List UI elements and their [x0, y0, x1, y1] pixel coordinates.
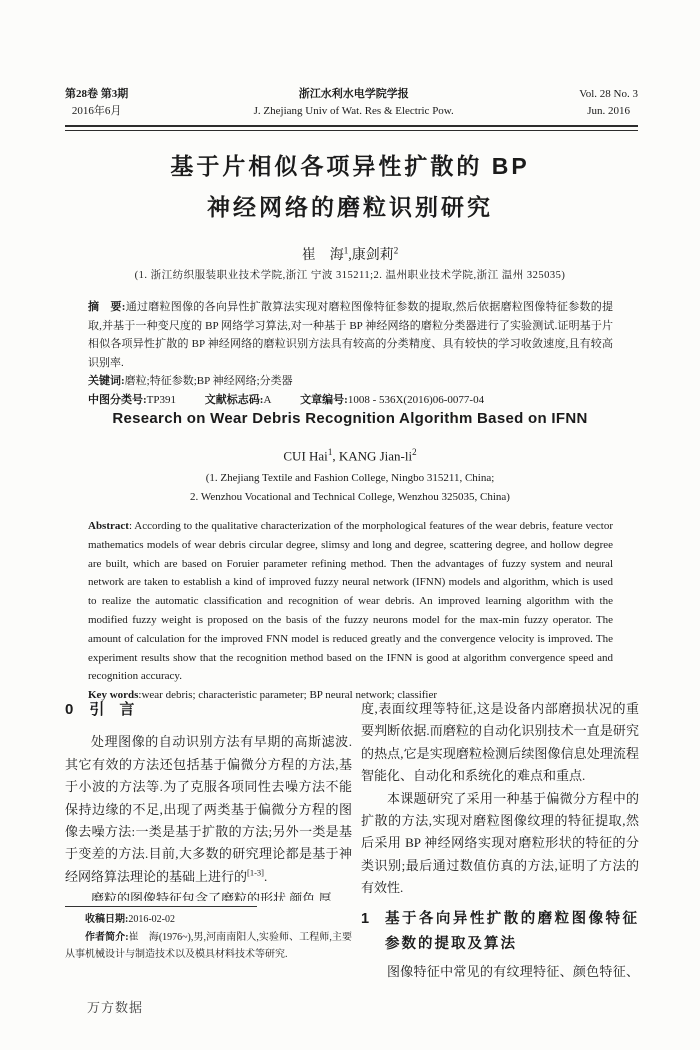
section-0-title: 引 言	[89, 701, 134, 718]
p1-text: 处理图像的自动识别方法有早期的高斯滤波.其它有效的方法还包括基于偏微分方程的方法…	[65, 734, 352, 883]
footnote-divider	[65, 906, 257, 907]
authors-en: CUI Hai1, KANG Jian-li2	[0, 447, 700, 464]
author2-zh: 康剑莉	[352, 248, 394, 263]
body-paragraph-3: 本课题研究了采用一种基于偏微分方程中的扩散的方法,实现对磨粒图像纹理的特征提取,…	[361, 788, 639, 900]
abstract-zh-text: 通过磨粒图像的各向异性扩散算法实现对磨粒图像特征参数的提取,然后依据磨粒图像特征…	[88, 301, 613, 369]
article-id-value: 1008 - 536X(2016)06-0077-04	[348, 394, 484, 406]
abstract-en-colon: :	[129, 520, 132, 532]
affiliation-en-line2: 2. Wenzhou Vocational and Technical Coll…	[0, 488, 700, 507]
volume-issue-en: Vol. 28 No. 3	[579, 86, 638, 103]
body-paragraph-4: 图像特征中常见的有纹理特征、颜色特征、空	[361, 961, 639, 983]
section-0-number: 0	[65, 701, 73, 718]
footnote-block: 收稿日期:2016-02-02 作者简介:崔 海(1976~),男,河南南阳人,…	[65, 911, 352, 964]
body-column-left: 0引 言 处理图像的自动识别方法有早期的高斯滤波.其它有效的方法还包括基于偏微分…	[65, 699, 352, 901]
p1-end: .	[264, 869, 267, 884]
title-zh-line1: 基于片相似各项异性扩散的 BP	[0, 146, 700, 187]
volume-issue-zh: 第28卷 第3期	[65, 86, 128, 103]
header-center: 浙江水利水电学院学报 J. Zhejiang Univ of Wat. Res …	[254, 86, 454, 120]
keywords-zh: 关键词:磨粒;特征参数;BP 神经网络;分类器	[88, 372, 613, 391]
author2-en: KANG Jian-li	[339, 448, 412, 463]
author-bio-label: 作者简介:	[85, 932, 129, 943]
abstract-en-text: According to the qualitative characteriz…	[88, 520, 613, 682]
body-paragraph-1: 处理图像的自动识别方法有早期的高斯滤波.其它有效的方法还包括基于偏微分方程的方法…	[65, 731, 352, 888]
journal-header: 第28卷 第3期 2016年6月 浙江水利水电学院学报 J. Zhejiang …	[65, 86, 638, 120]
abstract-en-block: Abstract: According to the qualitative c…	[88, 517, 613, 705]
header-left: 第28卷 第3期 2016年6月	[65, 86, 128, 120]
affiliation-en: (1. Zhejiang Textile and Fashion College…	[0, 469, 700, 507]
citation-ref: [1-3]	[247, 868, 264, 878]
clc-group: 中图分类号:TP391	[88, 394, 176, 406]
doc-code-value: A	[263, 394, 271, 406]
abstract-en: Abstract: According to the qualitative c…	[88, 517, 613, 686]
received-date-label: 收稿日期:	[85, 914, 128, 925]
affiliation-zh: (1. 浙江纺织服装职业技术学院,浙江 宁波 315211;2. 温州职业技术学…	[0, 267, 700, 282]
header-divider	[65, 125, 638, 131]
title-zh-line2: 神经网络的磨粒识别研究	[0, 187, 700, 228]
clc-label: 中图分类号:	[88, 394, 147, 406]
received-date-value: 2016-02-02	[128, 914, 175, 925]
authors-zh: 崔 海1,康剑莉2	[0, 244, 700, 264]
body-paragraph-2: 磨粒的图像特征包含了磨粒的形状,颜色,厚	[65, 888, 352, 901]
author1-zh: 崔 海	[302, 248, 344, 263]
paper-page: 第28卷 第3期 2016年6月 浙江水利水电学院学报 J. Zhejiang …	[0, 0, 700, 1050]
section-1-title: 基于各向异性扩散的磨粒图像特征参数的提取及算法	[385, 907, 639, 957]
keywords-zh-label: 关键词:	[88, 375, 125, 387]
abstract-zh-label: 摘 要:	[88, 301, 125, 313]
author1-en: CUI Hai	[283, 448, 327, 463]
author2-en-sup: 2	[412, 447, 417, 457]
body-column-right: 度,表面纹理等特征,这是设备内部磨损状况的重要判断依据.而磨粒的自动化识别技术一…	[361, 698, 639, 983]
article-title-zh: 基于片相似各项异性扩散的 BP 神经网络的磨粒识别研究	[0, 146, 700, 228]
date-zh: 2016年6月	[65, 103, 128, 120]
received-date-line: 收稿日期:2016-02-02	[65, 911, 352, 929]
article-id-group: 文章编号:1008 - 536X(2016)06-0077-04	[300, 394, 484, 406]
abstract-zh-block: 摘 要:通过磨粒图像的各向异性扩散算法实现对磨粒图像特征参数的提取,然后依据磨粒…	[88, 298, 613, 410]
journal-name-en: J. Zhejiang Univ of Wat. Res & Electric …	[254, 103, 454, 120]
header-right: Vol. 28 No. 3 Jun. 2016	[579, 86, 638, 120]
author-bio-line: 作者简介:崔 海(1976~),男,河南南阳人,实验师、工程师,主要从事机械设计…	[65, 929, 352, 964]
section-1-number: 1	[361, 907, 385, 957]
section-1-heading: 1 基于各向异性扩散的磨粒图像特征参数的提取及算法	[361, 907, 639, 957]
date-en: Jun. 2016	[579, 103, 638, 120]
clc-value: TP391	[147, 394, 176, 406]
wanfang-watermark: 万方数据	[87, 997, 143, 1016]
abstract-en-label: Abstract	[88, 520, 129, 532]
abstract-zh: 摘 要:通过磨粒图像的各向异性扩散算法实现对磨粒图像特征参数的提取,然后依据磨粒…	[88, 298, 613, 372]
doc-code-label: 文献标志码:	[205, 394, 264, 406]
doc-code-group: 文献标志码:A	[205, 394, 272, 406]
affiliation-en-line1: (1. Zhejiang Textile and Fashion College…	[0, 469, 700, 488]
body-paragraph-2-continued: 度,表面纹理等特征,这是设备内部磨损状况的重要判断依据.而磨粒的自动化识别技术一…	[361, 698, 639, 788]
classification-row: 中图分类号:TP391 文献标志码:A 文章编号:1008 - 536X(201…	[88, 391, 613, 410]
article-title-en: Research on Wear Debris Recognition Algo…	[0, 410, 700, 427]
keywords-zh-text: 磨粒;特征参数;BP 神经网络;分类器	[125, 375, 293, 387]
journal-name-zh: 浙江水利水电学院学报	[254, 86, 454, 103]
author2-sup: 2	[394, 245, 399, 255]
article-id-label: 文章编号:	[300, 394, 348, 406]
section-0-heading: 0引 言	[65, 699, 352, 721]
